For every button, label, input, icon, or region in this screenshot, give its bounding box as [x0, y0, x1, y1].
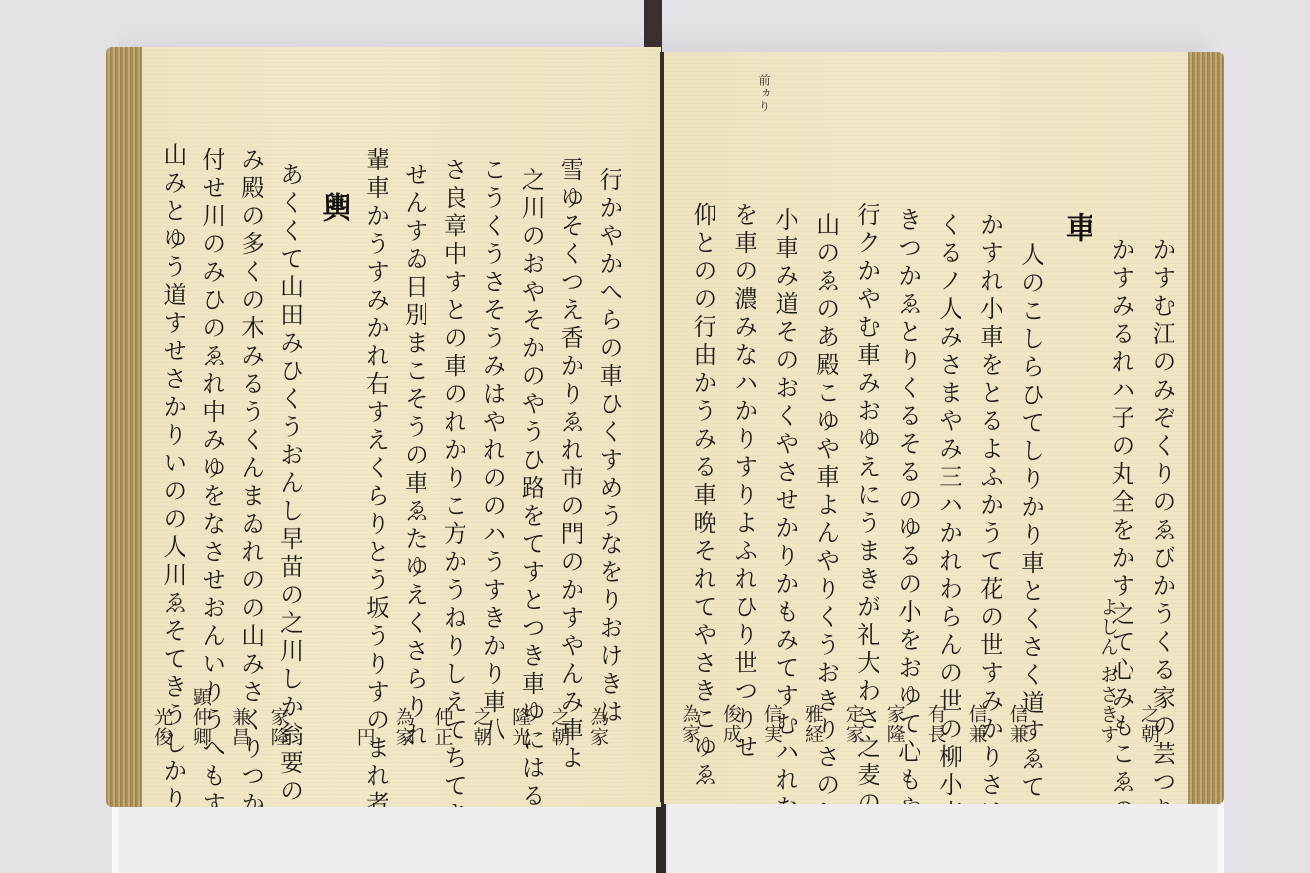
text-column: み殿の多くの木みるうくんまゐれのの山みさくりつかり兼昌 [224, 47, 263, 807]
column-text: 輩車かうすみかれ右すえくらりとう坂うりすのまれ者か [364, 147, 388, 807]
poet-attribution: 家隆 [269, 707, 288, 747]
text-column: 雪ゆそくつえ香かりゑれ市の門のかすやんみ車よ之朝 [543, 47, 582, 807]
text-column: 行クかやむ車みおゆえにうまきが礼大わさ之麦の小車定家 [838, 52, 879, 804]
poet-attribution: 隆光 [510, 707, 529, 747]
poet-attribution: よしん おさきす [1098, 597, 1117, 744]
poet-attribution: 為家 [394, 707, 413, 747]
text-column: 付せ川のみひのゑれ中みゆをなさせおんいりうへもすとし顕仲卿 [185, 47, 224, 807]
bookmark-ribbon-lower [656, 800, 666, 873]
text-column: 仰とのの行由かうみる車晩それてやさきこゆゑ為家 [674, 52, 715, 804]
text-column: かすれ小車をとるよふかうて花の世すみかりさけ信兼 [961, 52, 1002, 804]
right-page: 前ヵり かすむ江のみぞくりのゑびかうくる家の芸つりけ之朝 かすみるれハ子の丸全を… [664, 52, 1224, 804]
poet-attribution: 為家 [588, 707, 607, 747]
text-column: かすみるれハ子の丸全をかす之て心みもこゑのおりみそくりきりよしん おさきす [1092, 52, 1133, 804]
left-page: 行かやかへらの車ひくすめうなをりおけきは為家 雪ゆそくつえ香かりゑれ市の門のかす… [106, 47, 661, 807]
text-column: 行かやかへらの車ひくすめうなをりおけきは為家 [582, 47, 621, 807]
text-column: あくくて山田みひくうおんし早苗の之川しか翁要の比家隆 [263, 47, 302, 807]
poet-attribution: 円 [355, 727, 374, 747]
poet-attribution: 有長 [926, 704, 945, 744]
text-column: きつかゑとりくるそるのゆるの小をおゆて心もやせ家隆 [879, 52, 920, 804]
page-fore-edge-left [106, 47, 142, 807]
poet-attribution: 信実 [762, 704, 781, 744]
poet-attribution: 顕仲卿 [191, 687, 210, 747]
text-column: かすむ江のみぞくりのゑびかうくる家の芸つりけ之朝 [1133, 52, 1174, 804]
text-column: 山のゑのあ殿こゆや車よんやりくうおきりさのとゑ雅経 [797, 52, 838, 804]
poet-attribution: 之朝 [549, 707, 568, 747]
text-column: 人のこしらひてしりかり車とくさく道すゑて信兼 [1002, 52, 1043, 804]
text-column: こうくうさそうみはやれののハうすきかり車八之朝 [465, 47, 504, 807]
poet-attribution: 光俊 [152, 707, 171, 747]
section-heading-palanquin: 輿 [302, 47, 349, 807]
right-page-text: かすむ江のみぞくりのゑびかうくる家の芸つりけ之朝 かすみるれハ子の丸全をかす之て… [674, 52, 1184, 804]
poet-attribution: 仲正 [432, 707, 451, 747]
left-page-text: 行かやかへらの車ひくすめうなをりおけきは為家 雪ゆそくつえ香かりゑれ市の門のかす… [146, 47, 651, 807]
section-heading-cart: 車 [1043, 52, 1093, 804]
poet-attribution: 之朝 [1139, 704, 1158, 744]
poet-attribution: 之朝 [471, 707, 490, 747]
text-column: さ良章中すとの車のれかりこ方かうねりしえてちてされや仲正 [426, 47, 465, 807]
text-column: 山みとゆう道すせさかりいのの人川ゑそてきうしかりさりハ光俊 [146, 47, 185, 807]
text-column: を車の濃みなハかりすりよふれひり世つりせ俊成 [715, 52, 756, 804]
poet-attribution: 信兼 [967, 704, 986, 744]
text-column: 小車み道そのおくやさせかりかもみてすむハれなり信実 [756, 52, 797, 804]
poet-attribution: 為家 [680, 704, 699, 744]
text-column: せんすゐ日別まこそうの車ゑたゆえくさらりれ為家 [388, 47, 427, 807]
page-fore-edge-right [1188, 52, 1224, 804]
poet-attribution: 俊成 [721, 704, 740, 744]
poet-attribution: 定家 [844, 704, 863, 744]
text-column: 之川のおやそかのやうひ路をてすとつき車ゆにはるるえ隆光 [504, 47, 543, 807]
poet-attribution: 兼昌 [230, 707, 249, 747]
poet-attribution: 家隆 [885, 704, 904, 744]
lower-page-stack-right [668, 800, 1224, 873]
poet-attribution: 信兼 [1008, 704, 1027, 744]
text-column: 輩車かうすみかれ右すえくらりとう坂うりすのまれ者か円 [349, 47, 388, 807]
poet-attribution: 雅経 [803, 704, 822, 744]
lower-page-stack-left [112, 800, 658, 873]
text-column: くるノ人みさまやみ三ハかれわらんの世の柳小車みにち有長 [920, 52, 961, 804]
